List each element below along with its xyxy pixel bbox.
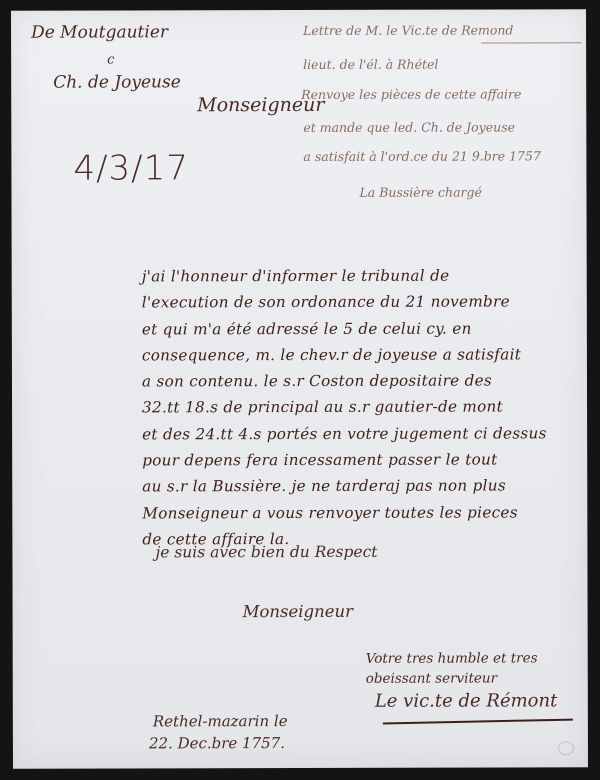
body-line: et des 24.tt 4.s portés en votre jugemen… bbox=[142, 420, 582, 447]
signature-underline bbox=[383, 719, 573, 725]
marginal-note-line3: Renvoye les pièces de cette affaire bbox=[301, 86, 521, 102]
closing-salutation: Monseigneur bbox=[243, 602, 353, 621]
case-title-connector: c bbox=[107, 52, 114, 67]
marginal-note-line6: La Bussière chargé bbox=[359, 185, 481, 200]
letter-page: De Moutgautier c Ch. de Joyeuse 4/3/17 L… bbox=[11, 9, 588, 769]
date: 22. Dec.bre 1757. bbox=[149, 734, 285, 752]
body-line: Monseigneur a vous renvoyer toutes les p… bbox=[142, 499, 582, 526]
case-title-line2: Ch. de Joyeuse bbox=[53, 72, 181, 92]
body-line: l'execution de son ordonance du 21 novem… bbox=[142, 289, 582, 316]
body-line: j'ai l'honneur d'informer le tribunal de bbox=[142, 262, 582, 289]
body-line: et qui m'a été adressé le 5 de celui cy.… bbox=[142, 315, 582, 342]
marginal-underline bbox=[481, 42, 581, 43]
body-line: pour depens fera incessament passer le t… bbox=[142, 446, 582, 473]
body-line: au s.r la Bussière. je ne tarderaj pas n… bbox=[142, 473, 582, 500]
body-line: 32.tt 18.s de principal au s.r gautier-d… bbox=[142, 394, 582, 421]
signature-line2: obeissant serviteur bbox=[366, 670, 497, 686]
marginal-note-line4: et mande que led. Ch. de Joyeuse bbox=[303, 119, 515, 135]
place: Rethel-mazarin le bbox=[153, 712, 288, 730]
signature-line1: Votre tres humble et tres bbox=[366, 650, 538, 666]
closing-phrase: je suis avec bien du Respect bbox=[155, 543, 377, 562]
paper-stain bbox=[558, 741, 574, 755]
body-line: a son contenu. le s.r Coston depositaire… bbox=[142, 367, 582, 394]
letter-body: j'ai l'honneur d'informer le tribunal de… bbox=[142, 262, 583, 552]
case-title-line1: De Moutgautier bbox=[31, 22, 168, 42]
reference-number: 4/3/17 bbox=[73, 148, 189, 188]
salutation: Monseigneur bbox=[197, 94, 324, 116]
signature-name: Le vic.te de Rémont bbox=[375, 690, 558, 711]
marginal-note-line2: lieut. de l'él. à Rhétel bbox=[303, 57, 438, 72]
body-line: consequence, m. le chev.r de joyeuse a s… bbox=[142, 341, 582, 368]
marginal-note-line5: a satisfait à l'ord.ce du 21 9.bre 1757 bbox=[303, 148, 541, 164]
marginal-note-line1: Lettre de M. le Vic.te de Remond bbox=[303, 22, 513, 38]
